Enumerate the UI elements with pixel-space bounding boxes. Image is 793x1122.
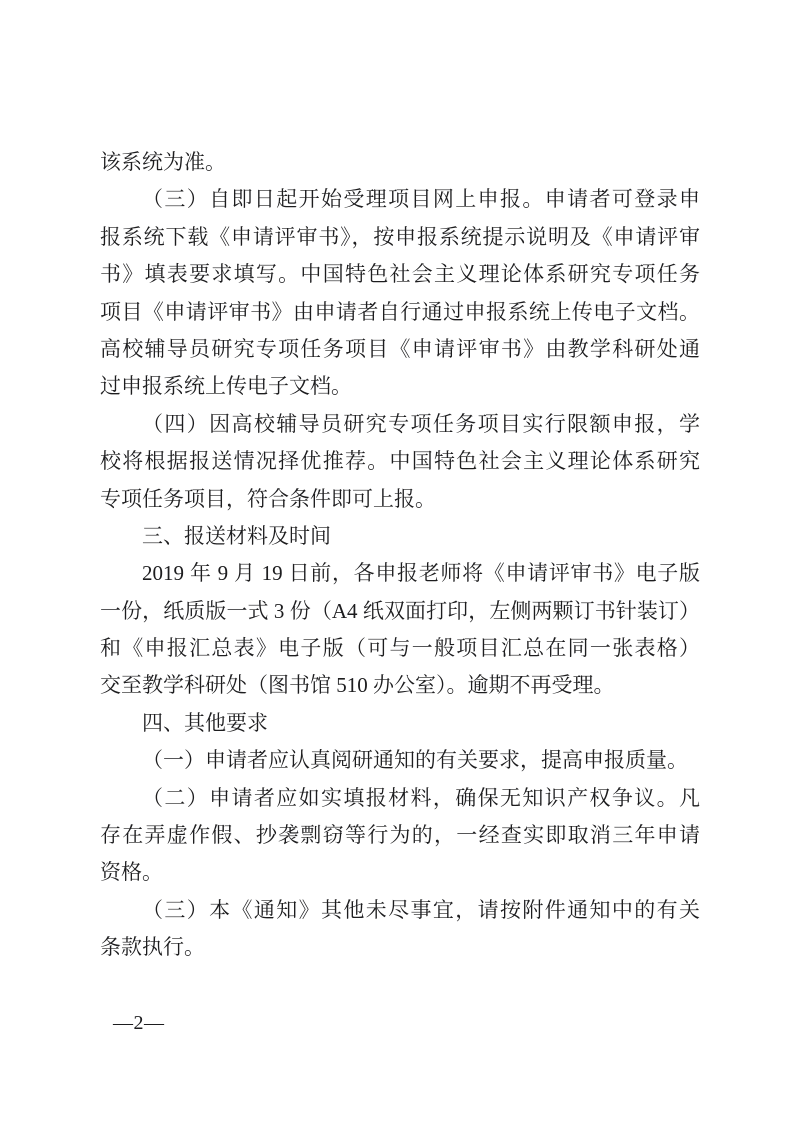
text-line: 存在弄虚作假、抄袭剽窃等行为的，一经查实即取消三年申请 (100, 817, 700, 854)
text-line: 2019 年 9 月 19 日前，各申报老师将《申请评审书》电子版 (100, 555, 700, 592)
page-number: —2— (113, 1010, 165, 1036)
text-line: 四、其他要求 (100, 705, 700, 742)
text-line: （三）自即日起开始受理项目网上申报。申请者可登录申 (100, 181, 700, 218)
text-line: 专项任务项目，符合条件即可上报。 (100, 481, 700, 518)
text-line: 一份，纸质版一式 3 份（A4 纸双面打印，左侧两颗订书针装订） (100, 593, 700, 630)
text-line: （四）因高校辅导员研究专项任务项目实行限额申报，学 (100, 406, 700, 443)
text-line: 项目《申请评审书》由申请者自行通过申报系统上传电子文档。 (100, 294, 700, 331)
text-line: （三）本《通知》其他未尽事宜，请按附件通知中的有关 (100, 892, 700, 929)
text-line: 和《申报汇总表》电子版（可与一般项目汇总在同一张表格） (100, 630, 700, 667)
text-line: 书》填表要求填写。中国特色社会主义理论体系研究专项任务 (100, 256, 700, 293)
text-line: （二）申请者应如实填报材料，确保无知识产权争议。凡 (100, 780, 700, 817)
document-body: 该系统为准。（三）自即日起开始受理项目网上申报。申请者可登录申报系统下载《申请评… (100, 144, 700, 967)
text-line: 校将根据报送情况择优推荐。中国特色社会主义理论体系研究 (100, 443, 700, 480)
document-page: 该系统为准。（三）自即日起开始受理项目网上申报。申请者可登录申报系统下载《申请评… (0, 0, 793, 1122)
text-line: （一）申请者应认真阅研通知的有关要求，提高申报质量。 (100, 742, 700, 779)
text-line: 报系统下载《申请评审书》，按申报系统提示说明及《申请评审 (100, 219, 700, 256)
text-line: 过申报系统上传电子文档。 (100, 368, 700, 405)
text-line: 三、报送材料及时间 (100, 518, 700, 555)
text-line: 交至教学科研处（图书馆 510 办公室）。逾期不再受理。 (100, 667, 700, 704)
text-line: 高校辅导员研究专项任务项目《申请评审书》由教学科研处通 (100, 331, 700, 368)
text-line: 资格。 (100, 854, 700, 891)
text-line: 条款执行。 (100, 929, 700, 966)
text-line: 该系统为准。 (100, 144, 700, 181)
